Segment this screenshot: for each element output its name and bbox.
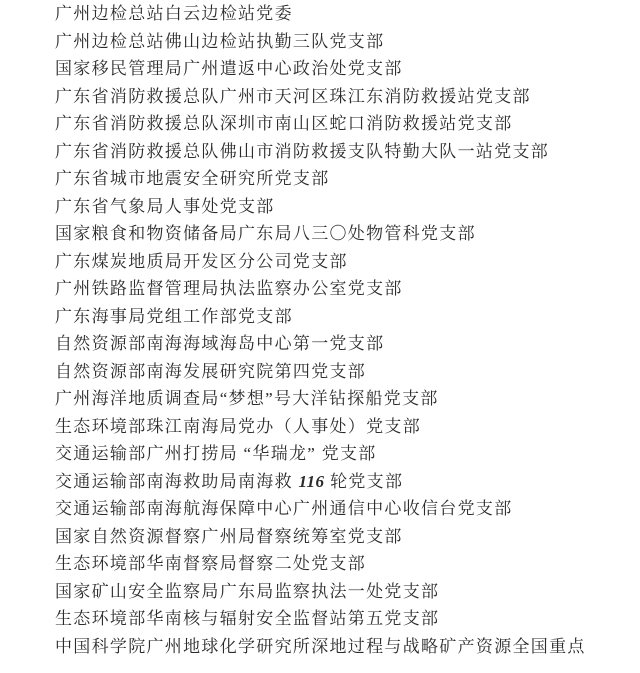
list-item-text: 广东省消防救援总队佛山市消防救援支队特勤大队一站党支部 — [55, 142, 549, 161]
list-item: 广东煤炭地质局开发区分公司党支部 — [55, 248, 620, 276]
list-item-text: 中国科学院广州地球化学研究所深地过程与战略矿产资源全国重点 — [55, 637, 586, 656]
list-item: 交通运输部广州打捞局 “华瑞龙” 党支部 — [55, 440, 620, 468]
list-item-text: 广东省气象局人事处党支部 — [55, 197, 275, 216]
list-item: 国家自然资源督察广州局督察统筹室党支部 — [55, 523, 620, 551]
list-item: 广东省消防救援总队佛山市消防救援支队特勤大队一站党支部 — [55, 138, 620, 166]
list-item-text: 广州铁路监督管理局执法监察办公室党支部 — [55, 279, 403, 298]
list-item: 广东省消防救援总队深圳市南山区蛇口消防救援站党支部 — [55, 110, 620, 138]
list-item: 交通运输部南海航海保障中心广州通信中心收信台党支部 — [55, 495, 620, 523]
list-item-text: 广东煤炭地质局开发区分公司党支部 — [55, 252, 348, 271]
list-item-text: 广东海事局党组工作部党支部 — [55, 307, 293, 326]
list-item: 国家矿山安全监察局广东局监察执法一处党支部 — [55, 578, 620, 606]
list-item-text: 广东省城市地震安全研究所党支部 — [55, 169, 330, 188]
list-item-text: 广州边检总站佛山边检站执勤三队党支部 — [55, 32, 384, 51]
list-item: 国家粮食和物资储备局广东局八三〇处物管科党支部 — [55, 220, 620, 248]
list-item: 广东省气象局人事处党支部 — [55, 193, 620, 221]
list-item-text: 国家移民管理局广州遣返中心政治处党支部 — [55, 59, 403, 78]
list-item-text: 国家自然资源督察广州局督察统筹室党支部 — [55, 527, 403, 546]
list-item-number-text: 116 — [298, 472, 324, 491]
list-item: 国家移民管理局广州遣返中心政治处党支部 — [55, 55, 620, 83]
list-item-text: 生态环境部珠江南海局党办（人事处）党支部 — [55, 417, 421, 436]
list-item-text: 广东省消防救援总队深圳市南山区蛇口消防救援站党支部 — [55, 114, 513, 133]
list-item-text: 交通运输部南海救助局南海救 — [55, 472, 298, 491]
list-item: 广东省城市地震安全研究所党支部 — [55, 165, 620, 193]
list-item: 广东省消防救援总队广州市天河区珠江东消防救援站党支部 — [55, 83, 620, 111]
list-item: 广州铁路监督管理局执法监察办公室党支部 — [55, 275, 620, 303]
list-item-text: 国家矿山安全监察局广东局监察执法一处党支部 — [55, 582, 439, 601]
list-item-text: 轮党支部 — [325, 472, 404, 491]
list-item: 广州海洋地质调查局“梦想”号大洋钻探船党支部 — [55, 385, 620, 413]
list-item: 自然资源部南海海域海岛中心第一党支部 — [55, 330, 620, 358]
list-item-text: 自然资源部南海海域海岛中心第一党支部 — [55, 334, 384, 353]
list-item: 生态环境部华南核与辐射安全监督站第五党支部 — [55, 605, 620, 633]
list-item-text: 广东省消防救援总队广州市天河区珠江东消防救援站党支部 — [55, 87, 531, 106]
list-item-text: 自然资源部南海发展研究院第四党支部 — [55, 362, 366, 381]
list-item: 中国科学院广州地球化学研究所深地过程与战略矿产资源全国重点 — [55, 633, 620, 661]
list-item-text: 交通运输部广州打捞局 “华瑞龙” 党支部 — [55, 444, 377, 463]
list-item: 自然资源部南海发展研究院第四党支部 — [55, 358, 620, 386]
list-item-text: 国家粮食和物资储备局广东局八三〇处物管科党支部 — [55, 224, 476, 243]
list-item-text: 生态环境部华南核与辐射安全监督站第五党支部 — [55, 609, 439, 628]
list-item: 交通运输部南海救助局南海救 116 轮党支部 — [55, 468, 620, 496]
list-item: 广州边检总站白云边检站党委 — [55, 0, 620, 28]
list-item: 广州边检总站佛山边检站执勤三队党支部 — [55, 28, 620, 56]
party-branch-list: 广州边检总站白云边检站党委广州边检总站佛山边检站执勤三队党支部国家移民管理局广州… — [55, 0, 620, 660]
list-item-text: 广州海洋地质调查局“梦想”号大洋钻探船党支部 — [55, 389, 439, 408]
list-item: 生态环境部华南督察局督察二处党支部 — [55, 550, 620, 578]
list-item-text: 生态环境部华南督察局督察二处党支部 — [55, 554, 366, 573]
document-page: 广州边检总站白云边检站党委广州边检总站佛山边检站执勤三队党支部国家移民管理局广州… — [0, 0, 640, 673]
list-item-text: 广州边检总站白云边检站党委 — [55, 4, 293, 23]
list-item: 生态环境部珠江南海局党办（人事处）党支部 — [55, 413, 620, 441]
list-item: 广东海事局党组工作部党支部 — [55, 303, 620, 331]
list-item-text: 交通运输部南海航海保障中心广州通信中心收信台党支部 — [55, 499, 513, 518]
